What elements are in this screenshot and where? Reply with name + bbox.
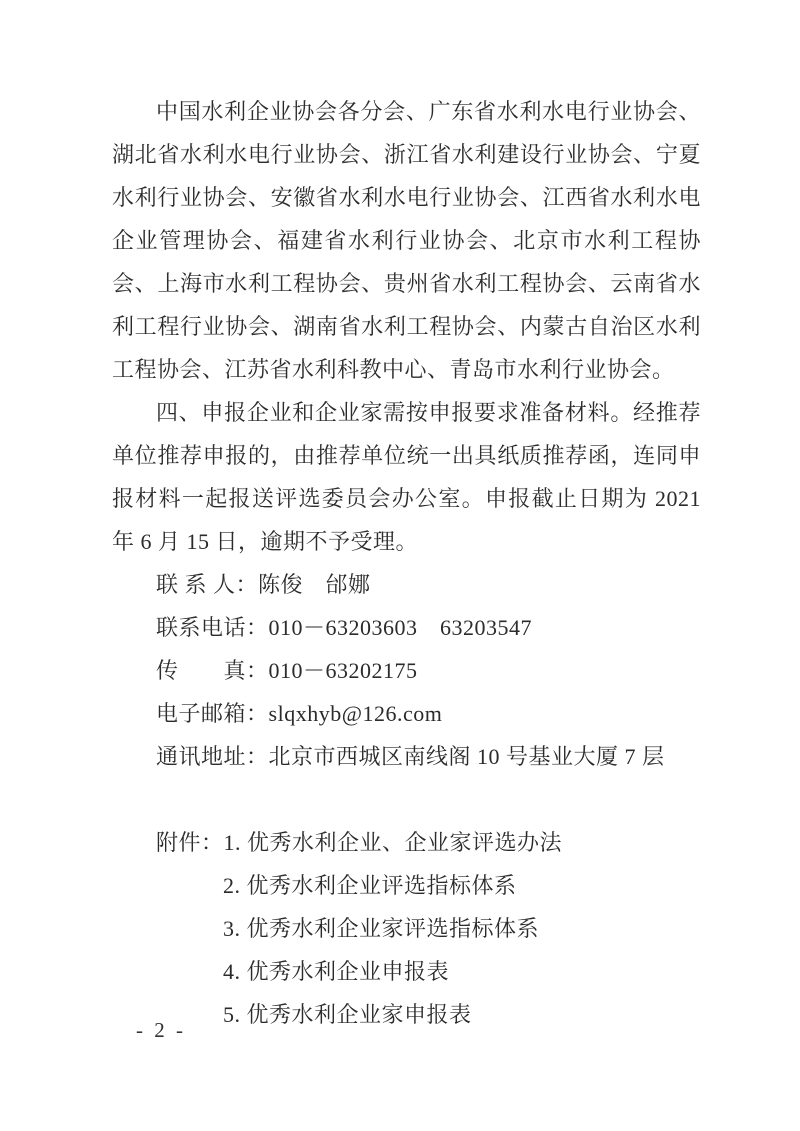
contact-line-address: 通讯地址：北京市西城区南线阁 10 号基业大厦 7 层 (112, 735, 701, 778)
colon: ： (246, 615, 269, 640)
contact-line-phone: 联系电话：010－63203603 63203547 (112, 606, 701, 649)
contact-value: 010－63203603 63203547 (269, 615, 533, 640)
attachments-block: 附件：1. 优秀水利企业、企业家评选办法 2. 优秀水利企业评选指标体系 3. … (112, 821, 701, 1036)
contact-value: 陈俊 邰娜 (258, 572, 371, 597)
attachment-item: 5. 优秀水利企业家申报表 (112, 993, 701, 1036)
contact-label: 联 系 人 (156, 572, 236, 597)
colon: ： (246, 658, 269, 683)
contact-label: 通讯地址 (156, 744, 246, 769)
colon: ： (246, 744, 269, 769)
paragraph-section-four: 四、申报企业和企业家需按申报要求准备材料。经推荐单位推荐申报的，由推荐单位统一出… (112, 391, 701, 563)
contact-value: slqxhyb@126.com (269, 701, 443, 726)
attachment-item: 4. 优秀水利企业申报表 (112, 950, 701, 993)
document-page: 中国水利企业协会各分会、广东省水利水电行业协会、湖北省水利水电行业协会、浙江省水… (0, 0, 800, 1131)
contact-label: 联系电话 (156, 615, 246, 640)
contact-value: 010－63202175 (269, 658, 418, 683)
colon: ： (246, 701, 269, 726)
colon: ： (236, 572, 259, 597)
contact-line-person: 联 系 人：陈俊 邰娜 (112, 563, 701, 606)
contact-label: 传 真 (156, 658, 246, 683)
contact-info-block: 联 系 人：陈俊 邰娜 联系电话：010－63203603 63203547 传… (112, 563, 701, 778)
contact-label: 电子邮箱 (156, 701, 246, 726)
attachment-item: 2. 优秀水利企业评选指标体系 (112, 864, 701, 907)
contact-line-fax: 传 真：010－63202175 (112, 649, 701, 692)
contact-line-email: 电子邮箱：slqxhyb@126.com (112, 692, 701, 735)
document-body: 中国水利企业协会各分会、广东省水利水电行业协会、湖北省水利水电行业协会、浙江省水… (112, 90, 701, 1036)
page-number: - 2 - (136, 1018, 186, 1043)
attachments-label: 附件： (156, 830, 224, 855)
attachment-item: 1. 优秀水利企业、企业家评选办法 (224, 830, 563, 855)
paragraph-recommending-associations: 中国水利企业协会各分会、广东省水利水电行业协会、湖北省水利水电行业协会、浙江省水… (112, 90, 701, 391)
contact-value: 北京市西城区南线阁 10 号基业大厦 7 层 (269, 744, 665, 769)
attachments-header-line: 附件：1. 优秀水利企业、企业家评选办法 (112, 821, 701, 864)
attachment-item: 3. 优秀水利企业家评选指标体系 (112, 907, 701, 950)
